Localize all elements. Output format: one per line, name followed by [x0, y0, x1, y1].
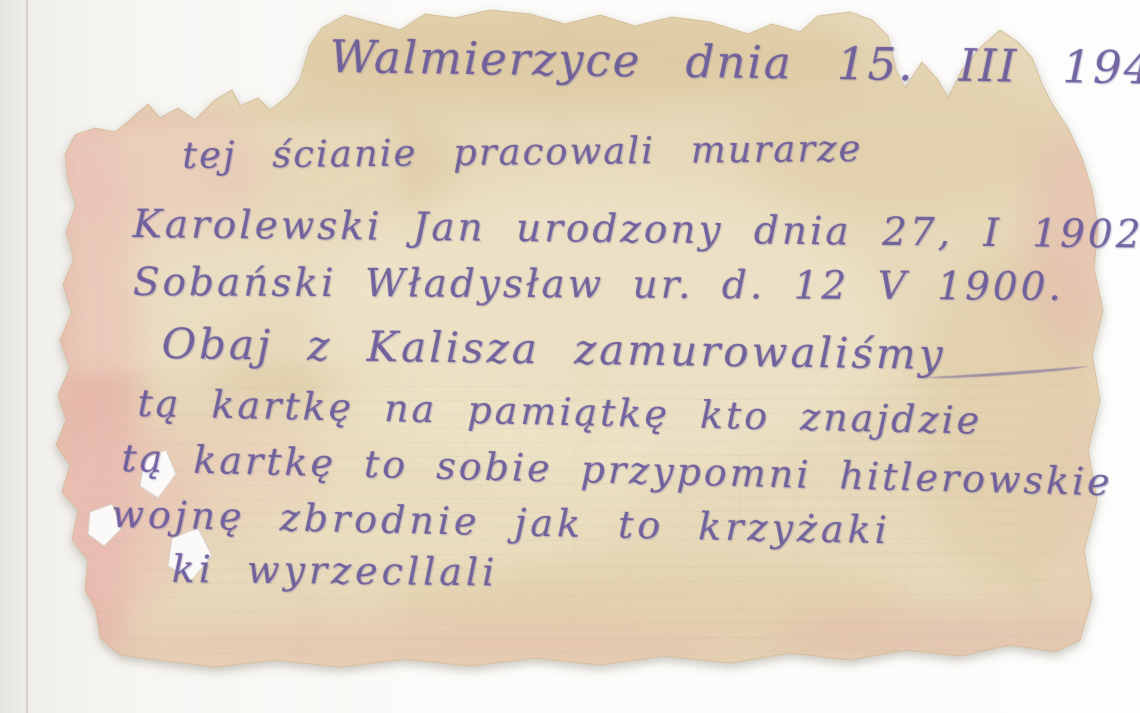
scanned-document: Walmierzyce dnia 15. III 1947 tej ściani… — [0, 0, 1140, 713]
torn-paper-sheet — [0, 0, 1140, 713]
paper-grain — [0, 0, 1140, 713]
